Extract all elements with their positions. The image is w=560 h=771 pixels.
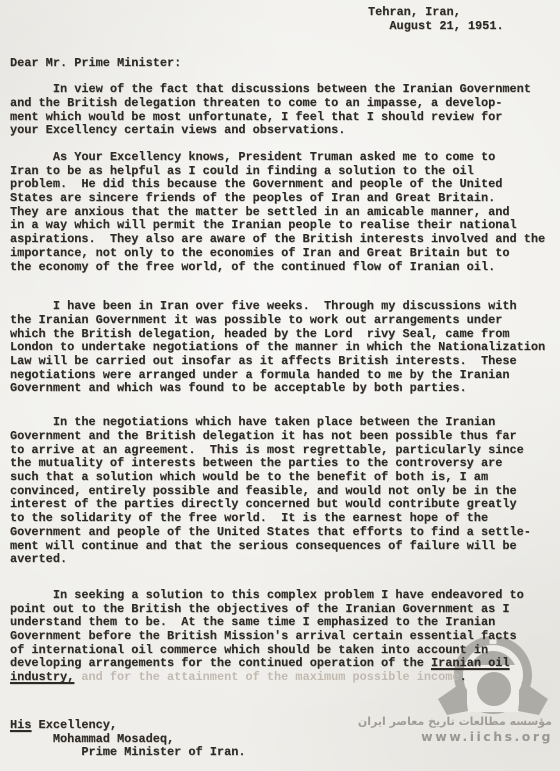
paragraph-4: In the negotiations which have taken pla… (10, 416, 552, 567)
salutation: Dear Mr. Prime Minister: (10, 57, 552, 71)
dateline: Tehran, Iran, August 21, 1951. (10, 6, 552, 33)
ink-blot-period: . (460, 670, 467, 684)
letter-page: مؤسسه مطالعات تاریخ معاصر ایران www.iich… (0, 0, 560, 771)
faint-closing-words: and for the attainment of the maximum po… (74, 670, 459, 684)
closing-his-underlined: His (10, 718, 31, 732)
closing-address: His Excellency, Mohammad Mosadeq, Prime … (10, 719, 552, 760)
paragraph-2: As Your Excellency knows, President Trum… (10, 151, 552, 274)
underlined-industry: industry, (10, 670, 74, 684)
paragraph-1: In view of the fact that discussions bet… (10, 83, 552, 138)
paragraph-5: In seeking a solution to this complex pr… (10, 589, 552, 685)
letter-body: Tehran, Iran, August 21, 1951. Dear Mr. … (0, 0, 560, 760)
underlined-iranian-oil: Iranian oil (431, 656, 510, 670)
closing-address-rest: Excellency, Mohammad Mosadeq, Prime Mini… (10, 718, 245, 759)
paragraph-3: I have been in Iran over five weeks. Thr… (10, 300, 552, 396)
